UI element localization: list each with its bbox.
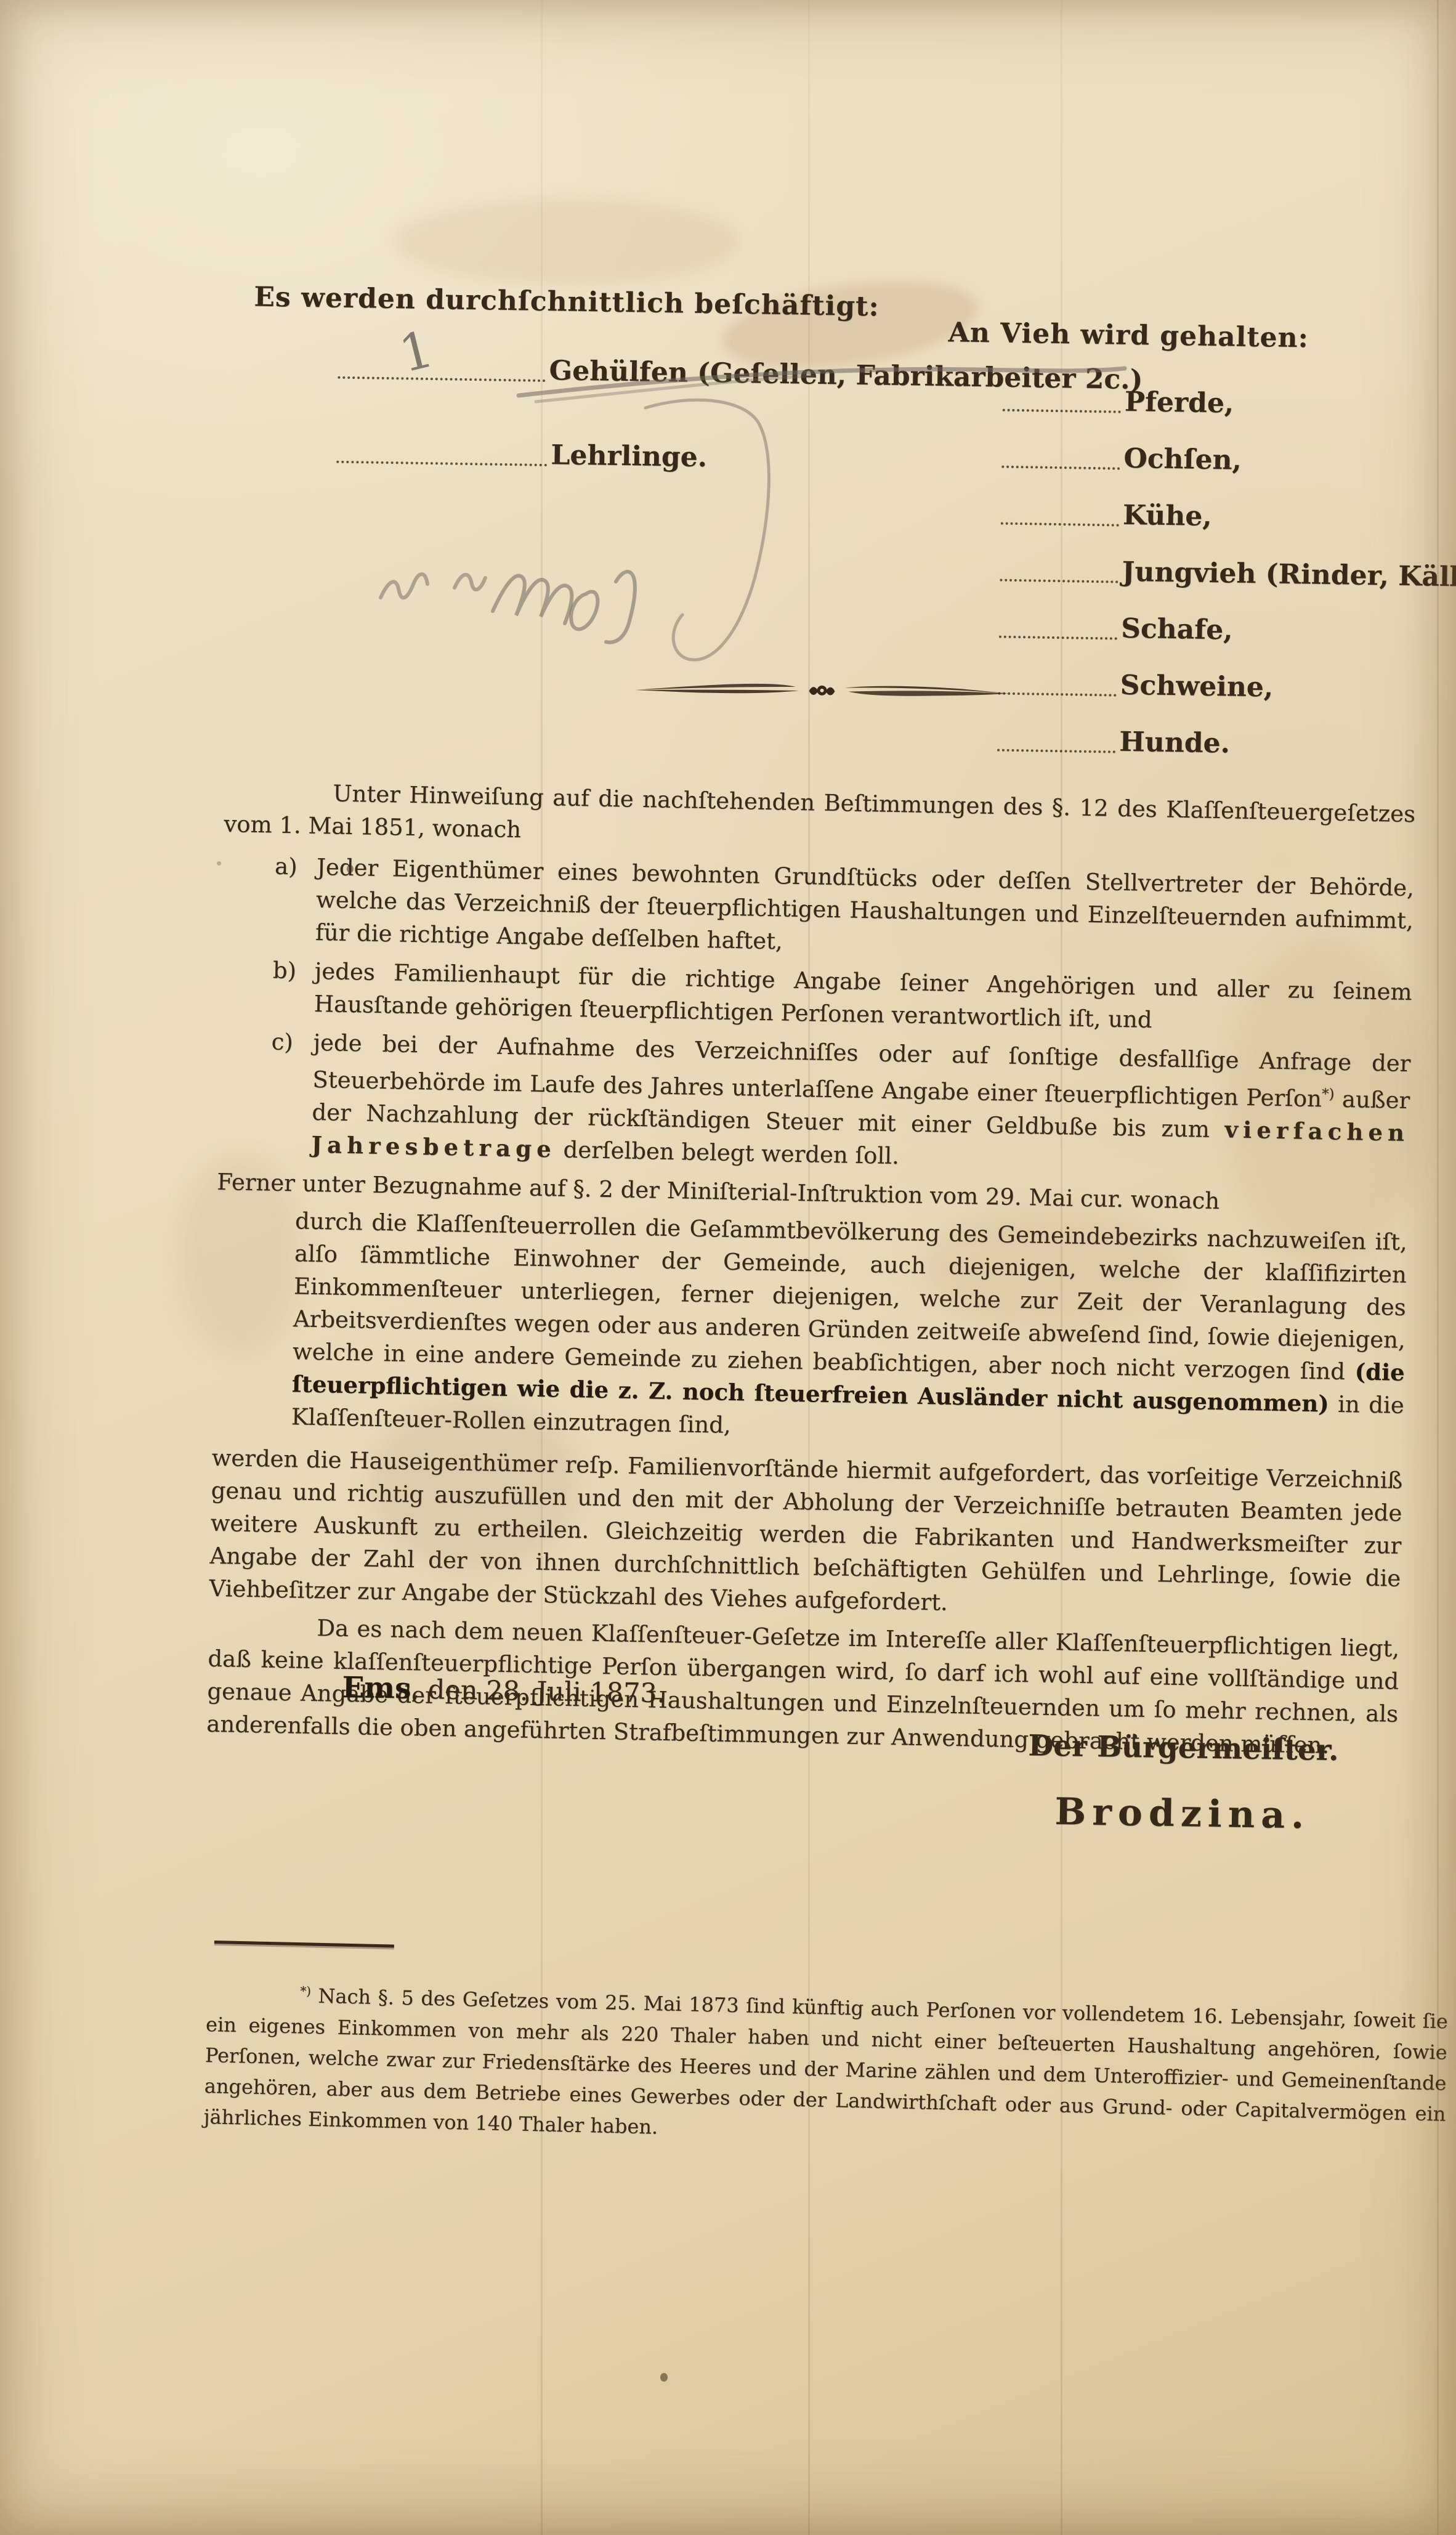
indented-clause: durch die Klaſſenſteuerrollen die Geſamm…	[291, 1205, 1408, 1455]
livestock-section-title: An Vieh wird gehalten:	[948, 317, 1309, 354]
item-text: jedes Familienhaupt für die richtige Ang…	[313, 958, 1412, 1033]
employment-section-title: Es werden durchſchnittlich beſchäftigt:	[254, 282, 880, 323]
ink-bleedthrough-stain	[394, 198, 739, 285]
livestock-row-label: Jungvieh (Rinder, Kälber),	[1122, 556, 1456, 594]
signature-block: Der Bürgermeiſter. Brodzina.	[1013, 1729, 1353, 1838]
livestock-row-label: Schweine,	[1120, 670, 1273, 704]
livestock-row-label: Pferde,	[1125, 386, 1234, 420]
legal-text: Unter Hinweiſung auf die nachſtehenden B…	[206, 775, 1416, 1763]
item-text: jede bei der Aufnahme des Verzeichniſſes…	[311, 1029, 1411, 1170]
livestock-row-label: Kühe,	[1123, 500, 1212, 532]
fill-in-line	[336, 461, 547, 466]
scanned-document: { "colors": { "paper": "#e9dbba", "ink":…	[0, 0, 1456, 2535]
divider-ornament	[634, 674, 1010, 712]
fill-in-line	[998, 692, 1116, 697]
pencil-scribble	[493, 576, 572, 623]
list-item-c: c) jede bei der Aufnahme des Verzeichniſ…	[217, 1024, 1411, 1182]
livestock-row: Kühe,	[1001, 498, 1456, 537]
livestock-row-label: Hunde.	[1119, 726, 1230, 760]
livestock-row-label: Ochſen,	[1123, 443, 1242, 476]
livestock-row: Ochſen,	[1001, 441, 1456, 481]
livestock-row: Schweine,	[998, 668, 1456, 707]
paper-speck	[660, 2373, 668, 2382]
item-text: Jeder Eigenthümer eines bewohnten Grundſ…	[315, 854, 1415, 955]
intro-paragraph: Unter Hinweiſung auf die nachſtehenden B…	[224, 775, 1416, 863]
list-item-a: a) Jeder Eigenthümer eines bewohnten Gru…	[222, 849, 1415, 970]
fill-in-line	[1001, 466, 1120, 470]
fill-in-line	[338, 376, 545, 382]
livestock-row: Jungvieh (Rinder, Kälber),	[1000, 554, 1456, 594]
pencil-scribble	[606, 572, 635, 643]
paragraph-werden: werden die Hauseigenthümer reſp. Familie…	[209, 1442, 1403, 1628]
pencil-scribble	[381, 574, 427, 598]
fill-in-line	[1001, 522, 1119, 527]
item-marker: b)	[272, 954, 296, 988]
livestock-row: Schafe,	[999, 611, 1456, 651]
pencil-scribble	[571, 591, 597, 629]
fill-in-line	[999, 636, 1117, 640]
livestock-rows: Pferde, Ochſen, Kühe, Jungvieh (Rinder, …	[997, 384, 1456, 789]
livestock-row: Pferde,	[1003, 384, 1456, 424]
dateline: Ems, den 28. Juli 1873.	[342, 1671, 666, 1710]
pencil-scribble	[455, 575, 485, 590]
fill-in-line	[997, 749, 1115, 753]
signature-role: Der Bürgermeiſter.	[1014, 1729, 1353, 1768]
item-marker: c)	[271, 1026, 293, 1059]
livestock-row-label: Schafe,	[1121, 613, 1233, 646]
livestock-row: Hunde.	[997, 724, 1456, 764]
item-marker: a)	[275, 850, 298, 883]
fill-in-line	[1000, 579, 1118, 583]
document-page: Es werden durchſchnittlich beſchäftigt: …	[0, 0, 1456, 2535]
fill-in-line	[1003, 409, 1121, 413]
employment-row-label: Lehrlinge.	[551, 439, 707, 473]
signature-name: Brodzina.	[1013, 1790, 1351, 1838]
footnote: *) Nach §. 5 des Geſetzes vom 25. Mai 18…	[203, 1974, 1448, 2160]
footnote-rule	[214, 1941, 394, 1948]
paper-speck	[217, 861, 221, 866]
